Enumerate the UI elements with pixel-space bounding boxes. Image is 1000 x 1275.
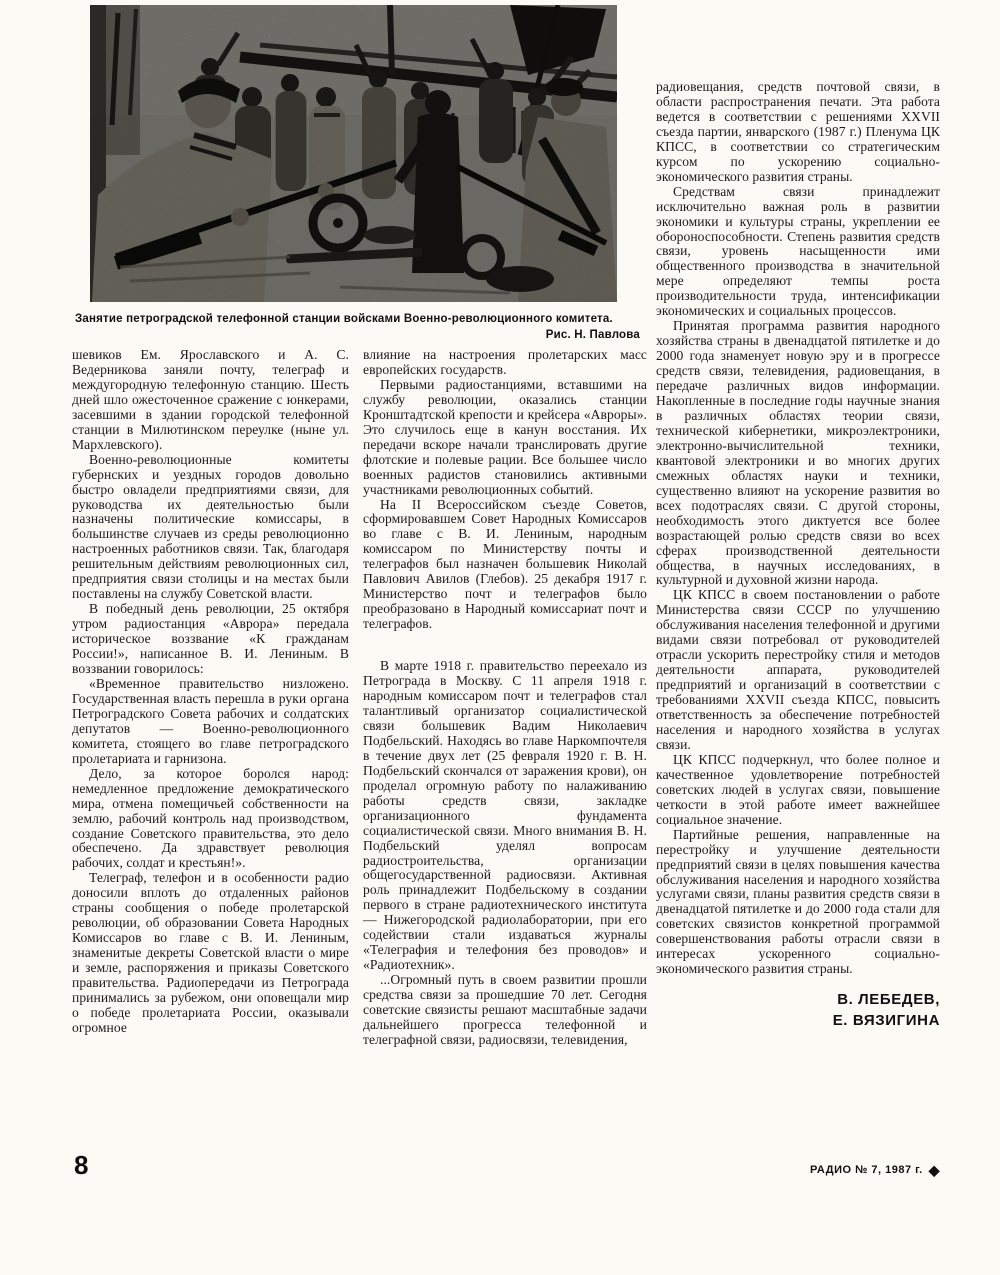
paragraph: радиовещания, средств почтовой связи, в … <box>656 80 940 185</box>
author-name: В. ЛЕБЕДЕВ, <box>656 989 940 1010</box>
paragraph: Телеграф, телефон и в особенности радио … <box>72 871 349 1035</box>
paragraph: ЦК КПСС в своем постановлении о работе М… <box>656 588 940 752</box>
footer-issue-label: РАДИО № 7, 1987 г. <box>810 1164 923 1176</box>
illustration-caption-line2: Рис. Н. Павлова <box>75 328 640 344</box>
diamond-icon: ◆ <box>929 1165 940 1176</box>
paragraph: Средствам связи принадлежит исключительн… <box>656 185 940 320</box>
author-name: Е. ВЯЗИГИНА <box>656 1010 940 1031</box>
paragraph: Дело, за которое боролся народ: немедлен… <box>72 767 349 872</box>
paragraph: ЦК КПСС подчеркнул, что более полное и к… <box>656 753 940 828</box>
magazine-footer: РАДИО № 7, 1987 г. ◆ <box>810 1164 940 1176</box>
text-column-2: влияние на настроения пролетарских масс … <box>363 348 647 1048</box>
paragraph: Военно-революционные комитеты губернских… <box>72 453 349 603</box>
illustration-caption: Занятие петроградской телефонной станции… <box>75 312 640 343</box>
halftone-illustration <box>90 5 617 302</box>
article-authors: В. ЛЕБЕДЕВ, Е. ВЯЗИГИНА <box>656 989 940 1031</box>
paragraph: «Временное правительство низложено. Госу… <box>72 677 349 767</box>
illustration-caption-line1: Занятие петроградской телефонной станции… <box>75 312 640 328</box>
paragraph: влияние на настроения пролетарских масс … <box>363 348 647 378</box>
revolution-illustration <box>90 5 617 302</box>
magazine-page: Занятие петроградской телефонной станции… <box>0 0 1000 1275</box>
paragraph: В победный день революции, 25 октября ут… <box>72 602 349 677</box>
paragraph: На II Всероссийском съезде Советов, сфор… <box>363 498 647 633</box>
paragraph: Первыми радиостанциями, вставшими на слу… <box>363 378 647 498</box>
paragraph: ...Огромный путь в своем развитии прошли… <box>363 973 647 1048</box>
paragraph: Партийные решения, направленные на перес… <box>656 828 940 978</box>
paragraph: В марте 1918 г. правительство переехало … <box>363 659 647 973</box>
paragraph: Принятая программа развития народного хо… <box>656 319 940 588</box>
text-column-1: шевиков Ем. Ярославского и А. С. Ведерни… <box>72 348 349 1036</box>
text-column-3: радиовещания, средств почтовой связи, в … <box>656 80 940 1031</box>
page-number: 8 <box>74 1150 88 1181</box>
paragraph: шевиков Ем. Ярославского и А. С. Ведерни… <box>72 348 349 453</box>
